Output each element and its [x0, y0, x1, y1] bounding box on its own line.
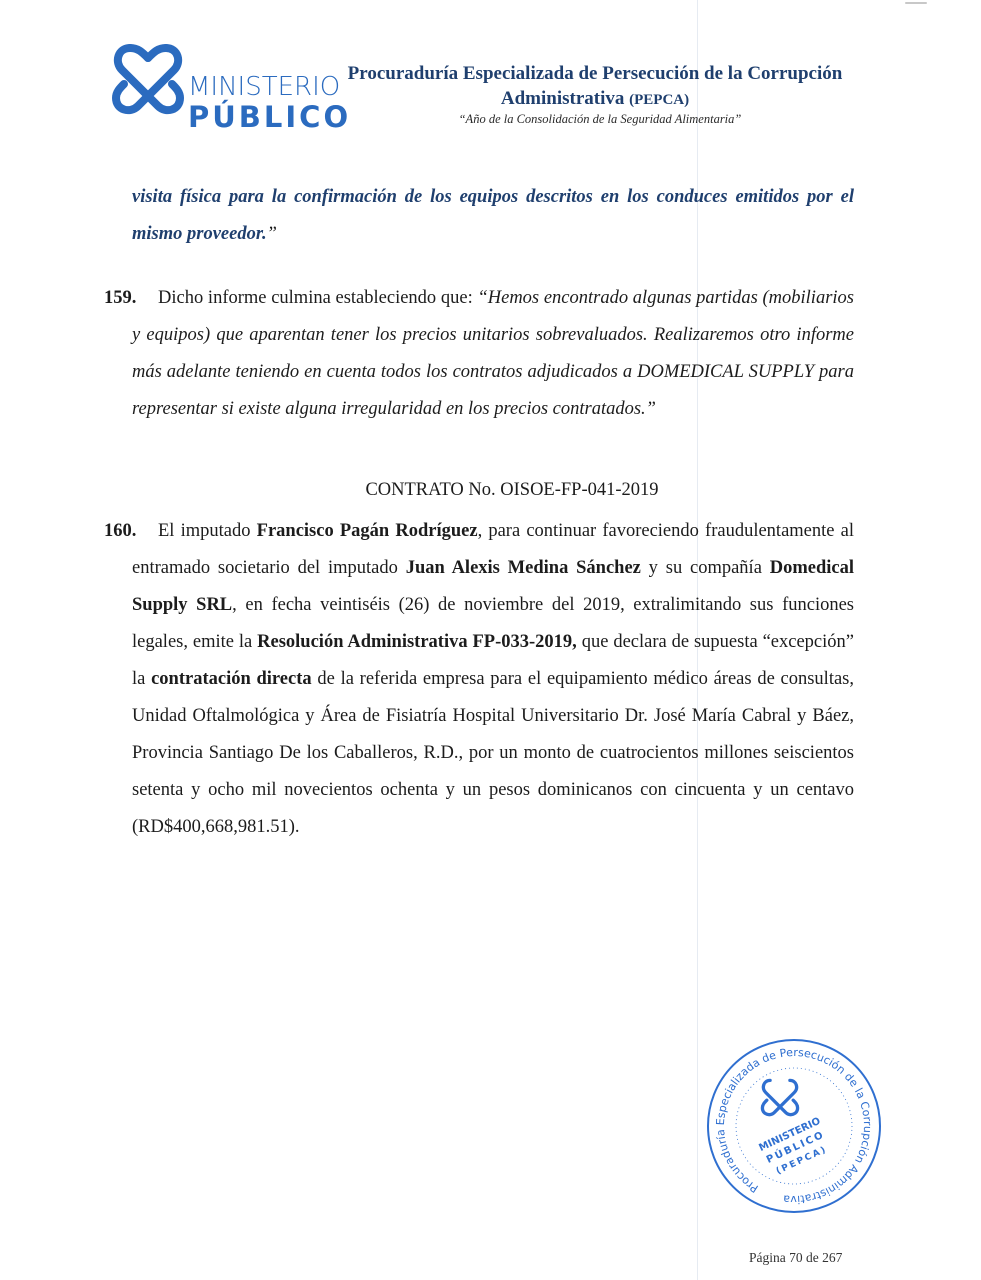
p160-text-3: y su compañía [641, 558, 770, 578]
continuation-paragraph: visita física para la confirmación de lo… [132, 179, 854, 253]
paragraph-159: Dicho informe culmina estableciendo que:… [132, 280, 854, 428]
section-heading: CONTRATO No. OISOE-FP-041-2019 [132, 480, 892, 501]
ministerio-publico-knot-icon [108, 40, 188, 120]
header-acronym: (PEPCA) [629, 92, 689, 108]
header-motto: “Año de la Consolidación de la Seguridad… [340, 112, 860, 127]
p160-name-juan: Juan Alexis Medina Sánchez [406, 558, 641, 578]
scan-corner-mark [905, 2, 927, 4]
p160-resolution: Resolución Administrativa FP-033-2019, [257, 632, 577, 652]
document-page: MINISTERIO PÚBLICO Procuraduría Especial… [0, 0, 981, 1280]
header-title-line2: Administrativa (PEPCA) [330, 88, 860, 110]
paragraph-159-intro: Dicho informe culmina estableciendo que: [158, 288, 477, 308]
page-number: Página 70 de 267 [749, 1250, 842, 1266]
p160-text-1: El imputado [158, 521, 257, 541]
header-title-administrativa: Administrativa [501, 88, 625, 109]
p160-text-6: de la referida empresa para el equipamie… [132, 669, 854, 837]
continuation-close-quote: ” [267, 224, 277, 244]
continuation-quote: visita física para la confirmación de lo… [132, 187, 854, 244]
official-seal-stamp-icon: Procuraduría Especializada de Persecució… [704, 1036, 884, 1216]
p160-name-francisco: Francisco Pagán Rodríguez [257, 521, 478, 541]
paragraph-160: El imputado Francisco Pagán Rodríguez, p… [132, 513, 854, 846]
logo-wordmark: MINISTERIO PÚBLICO [188, 74, 351, 132]
logo-line-publico: PÚBLICO [188, 103, 351, 132]
p160-direct-contract: contratación directa [151, 669, 312, 689]
header-title-line1: Procuraduría Especializada de Persecució… [330, 63, 860, 85]
logo-line-ministerio: MINISTERIO [188, 74, 351, 100]
